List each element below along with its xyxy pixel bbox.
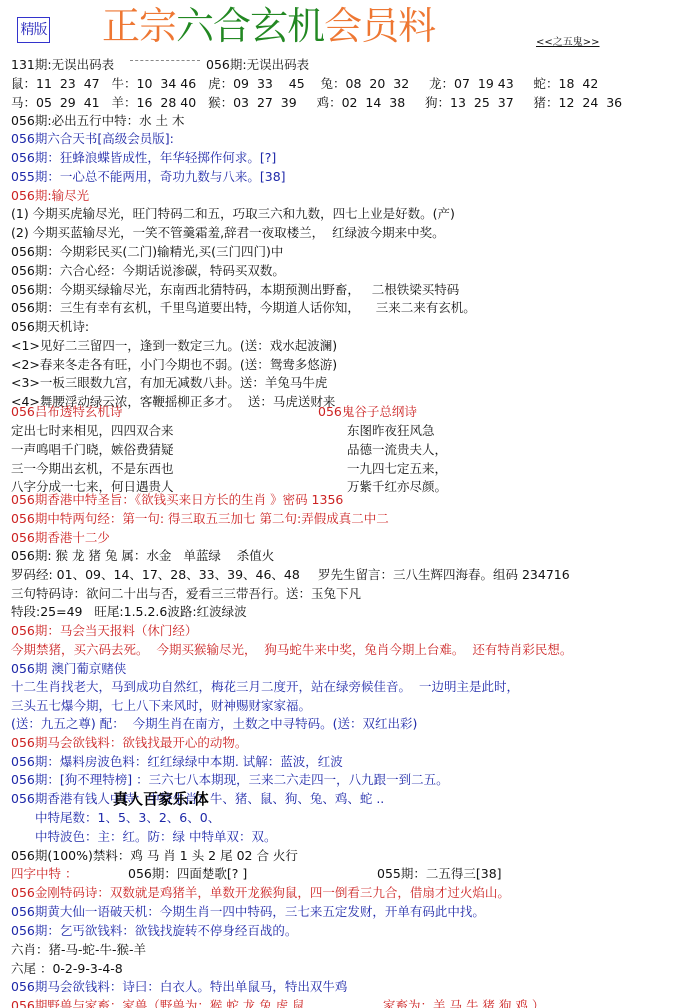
luo-note: 罗先生留言：三八生辉四海春。组码 234716: [318, 566, 570, 584]
text-line: 055期：一心总不能两用，奇功九数与八来。[38]: [11, 168, 286, 186]
text-line: 056期：六合心经：今期话说渗碳，特码买双数。: [11, 262, 285, 280]
code-table-right-heading: 056期:无误出码表: [206, 56, 309, 74]
text-line: 罗码经: 01、09、14、17、28、33、39、46、48: [11, 566, 300, 584]
four-char-label: 四字中特 ：: [11, 865, 77, 883]
lubu-poem-line: 定出七时来相见，四四双合来: [11, 422, 174, 440]
text-line: 056期：今期买绿输尽光，东南西北猜特码，本期预测出野畜， 二根铁梁买特码: [11, 281, 459, 299]
lubu-poem-line: 一声鸣唱千门晓，嫉俗费猜疑: [11, 441, 174, 459]
code-table-left-heading: 131期:无误出码表: [11, 56, 114, 74]
code-table-row-1: 鼠：11 23 47 牛：10 34 46 虎：09 33 45 兔：08 20…: [11, 75, 598, 93]
beast-line-left: 056期野兽与家畜：家兽（野兽为：猴 蛇 龙 兔 虎 鼠: [11, 997, 305, 1008]
four-char-056: 056期：四面楚歌[? ]: [128, 865, 247, 883]
title-char: 员: [361, 2, 398, 50]
title-char: 合: [213, 2, 250, 50]
text-line: 056金刚特码诗：双数就是鸡猪羊，单数开龙猴狗鼠，四一倒看三九合，借扇才过火焰山…: [11, 884, 510, 902]
guiguzi-poem-line: 一九四七定五来，: [347, 460, 447, 478]
title-char: 会: [324, 2, 361, 50]
lubu-poem-line: 三一今期出玄机，不是东西也: [11, 460, 174, 478]
title-char: 玄: [250, 2, 287, 50]
text-line: 特段:25=49 旺尾:1.5.2.6波路:红波绿波: [11, 603, 247, 621]
title-char: 宗: [139, 2, 176, 50]
text-line: 056期中特两句经：第一句: 得三取五三加七 第二句:弄假成真二中二: [11, 510, 389, 528]
text-line: <1>见好二三留四一，逢到一数定三九。(送：戏水起波澜): [11, 337, 337, 355]
text-line: (1) 今期买虎输尽光，旺门特码二和五，巧取三六和九数，四七上业是好数。(产): [11, 205, 455, 223]
text-line: (送：九五之尊) 配： 今期生肖在南方，土数之中寻特码。(送：双红出彩): [11, 715, 417, 733]
text-line: 056期香港中特圣旨：《欲钱买来日方长的生肖 》密码 1356: [11, 491, 343, 509]
text-line: 中特波色：主：红。防：绿 中特单双：双。: [35, 828, 276, 846]
text-line: 056期(100%)禁料：鸡 马 肖 1 头 2 尾 02 合 火行: [11, 847, 298, 865]
title-char: 机: [287, 2, 324, 50]
title-char: 正: [102, 2, 139, 50]
guiguzi-poem-title: 056鬼谷子总纲诗: [318, 403, 417, 421]
text-line: 三头五七爆今期，七上八下来风时，财神赐财家家福。: [11, 697, 311, 715]
lubu-poem-title: 056吕布透特玄机诗: [11, 403, 122, 421]
divider: [130, 60, 200, 61]
text-line: 056期 澳门葡京赌侠: [11, 660, 126, 678]
text-line: 056期: 猴 龙 猪 兔 属：水金 单蓝绿 杀值火: [11, 547, 274, 565]
code-table-row-2: 马：05 29 41 羊：16 28 40 猴：03 27 39 鸡：02 14…: [11, 94, 622, 112]
text-line: 056期天机诗:: [11, 318, 89, 336]
text-line: 056期香港十二少: [11, 529, 110, 547]
text-line: 056期马会欲钱料：欲钱找最开心的动物。: [11, 734, 247, 752]
edition-badge: 精版: [17, 17, 50, 43]
text-line: 056期六合天书[高级会员版]:: [11, 130, 174, 148]
text-line: 六尾 ：0-2-9-3-4-8: [11, 960, 123, 978]
watermark-overlay: 真人百家乐.体: [113, 788, 209, 809]
text-line: 三句特码诗：欲问二十出与否，爱看三三带吾行。送：玉兔下凡: [11, 585, 361, 603]
text-line: 056期：狂蜂浪蝶皆成性，年华轻掷作何求。[?]: [11, 149, 276, 167]
page-header: 精版 正宗六合玄机会员料 <<之五鬼>>: [0, 0, 679, 56]
text-line: 六肖：猪-马-蛇-牛-猴-羊: [11, 941, 146, 959]
text-line: 中特尾数：1、5、3、2、6、0、: [35, 809, 220, 827]
text-line: 056期:输尽光: [11, 187, 89, 205]
text-line: 056期黄大仙一语破天机：今期生肖一四中特码，三七来五定发财，开单有码此中找。: [11, 903, 485, 921]
text-line: 056期：今期彩民买(二门)输精光,买(三门四门)中: [11, 243, 283, 261]
text-line: 056期：三生有幸有玄机，千里鸟道要出特，今期道人话你知， 三来二来有玄机。: [11, 299, 476, 317]
text-line: (2) 今期买蓝输尽光，一笑不管羹霜羞,辞君一夜取楼兰， 红绿波今期来中奖。: [11, 224, 445, 242]
page-title: 正宗六合玄机会员料: [102, 2, 435, 50]
four-char-055: 055期：二五得三[38]: [377, 865, 502, 883]
text-line: 056期：乞丐欲钱料：欲钱找旋转不停身经百战的。: [11, 922, 297, 940]
guiguzi-poem-line: 东图昨夜狂风急: [347, 422, 435, 440]
guiguzi-poem-line: 品德一流贵夫人，: [347, 441, 447, 459]
text-line: 十二生肖找老大，马到成功自然红，梅花三月二度开，站在绿旁候佳音。 一边明主是此时…: [11, 678, 519, 696]
text-line: <3>一板三眼数九宫，有加无减数八卦。送：羊兔马牛虎: [11, 374, 327, 392]
text-line: 056期：[狗不理特榜] ：三六七八本期现，三来二六走四一，八九跟一到二五。: [11, 771, 449, 789]
text-line: 056期:必出五行中特：水 土 木: [11, 112, 185, 130]
wugui-link[interactable]: <<之五鬼>>: [536, 33, 600, 48]
title-char: 六: [176, 2, 213, 50]
guiguzi-poem-line: 万紫千红亦尽颜。: [347, 478, 447, 496]
text-line: 今期禁猪，买六码去死。 今期买猴输尽光， 狗马蛇牛来中奖，兔肖今期上台难。 还有…: [11, 641, 572, 659]
text-line: 056期：马会当天报料（休门经）: [11, 622, 197, 640]
beast-line-right: 家畜为：羊 马 牛 猪 狗 鸡 ）: [383, 997, 544, 1008]
text-line: 056期马会欲钱料：诗曰：白衣人。特出单鼠马，特出双牛鸡: [11, 978, 347, 996]
text-line: 056期：爆料房波色料：红红绿绿中本期. 试解：蓝波，红波: [11, 753, 343, 771]
text-line: <2>春来冬走各有旺，小门今期也不弱。(送：鸳鸯多悠游): [11, 356, 337, 374]
title-char: 料: [398, 2, 435, 50]
